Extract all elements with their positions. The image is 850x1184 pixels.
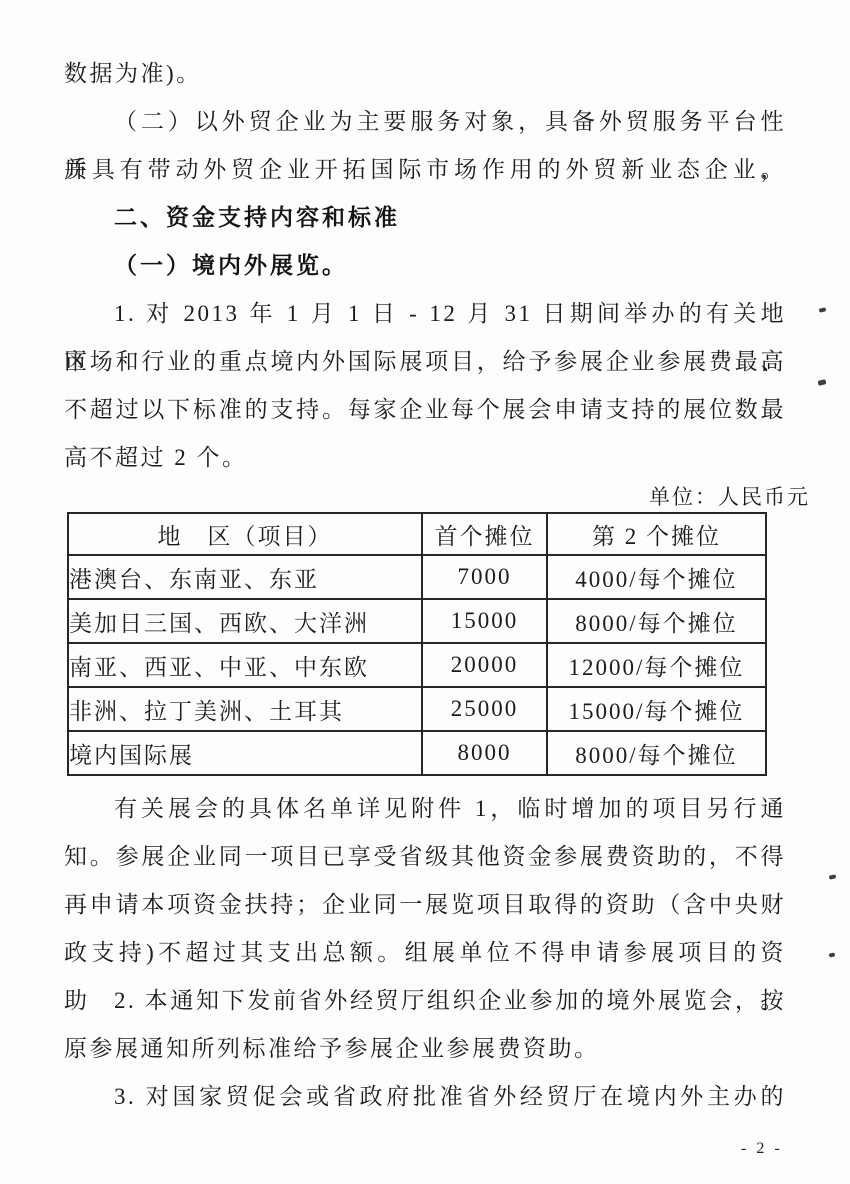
table-header-first-booth: 首个摊位: [422, 513, 547, 555]
cell-region: 境内国际展: [68, 731, 422, 775]
para-exhibition-list-4: 政支持)不超过其支出总额。组展单位不得申请参展项目的资助。: [64, 929, 786, 977]
cell-second-booth: 8000/每个摊位: [547, 731, 766, 775]
para-ccpit-1: 3. 对国家贸促会或省政府批准省外经贸厅在境内外主办的: [64, 1073, 786, 1121]
table-row: 境内国际展 8000 8000/每个摊位: [68, 731, 766, 775]
table-unit-note: 单位：人民币元: [64, 482, 810, 512]
heading-exhibitions: （一）境内外展览。: [64, 242, 786, 290]
para-service-enterprises-1: （二）以外贸企业为主要服务对象，具备外贸服务平台性质，: [64, 98, 786, 146]
para-scope-continuation: 数据为准)。: [64, 50, 786, 98]
para-exhibition-list-1: 有关展会的具体名单详见附件 1，临时增加的项目另行通: [64, 785, 786, 833]
table-row: 非洲、拉丁美洲、土耳其 25000 15000/每个摊位: [68, 687, 766, 731]
para-prior-notice-1: 2. 本通知下发前省外经贸厅组织企业参加的境外展览会，按: [64, 977, 786, 1025]
cell-region: 非洲、拉丁美洲、土耳其: [68, 687, 422, 731]
document-page: 数据为准)。 （二）以外贸企业为主要服务对象，具备外贸服务平台性质， 并具有带动…: [0, 0, 850, 1184]
page-number: - 2 -: [741, 1140, 783, 1158]
para-exhibition-support-2: 市场和行业的重点境内外国际展项目，给予参展企业参展费最高: [64, 338, 786, 386]
cell-first-booth: 8000: [422, 731, 547, 775]
table-header-row: 地 区（项目） 首个摊位 第 2 个摊位: [68, 513, 766, 555]
table-row: 南亚、西亚、中亚、中东欧 20000 12000/每个摊位: [68, 643, 766, 687]
para-exhibition-support-3: 不超过以下标准的支持。每家企业每个展会申请支持的展位数最: [64, 386, 786, 434]
para-exhibition-list-3: 再申请本项资金扶持；企业同一展览项目取得的资助（含中央财: [64, 881, 786, 929]
heading-section-funding: 二、资金支持内容和标准: [64, 194, 786, 242]
table-header-region: 地 区（项目）: [68, 513, 422, 555]
cell-region: 南亚、西亚、中亚、中东欧: [68, 643, 422, 687]
subsidy-table: 地 区（项目） 首个摊位 第 2 个摊位 港澳台、东南亚、东亚 7000 400…: [67, 512, 767, 776]
cell-first-booth: 15000: [422, 599, 547, 643]
cell-second-booth: 12000/每个摊位: [547, 643, 766, 687]
table-row: 美加日三国、西欧、大洋洲 15000 8000/每个摊位: [68, 599, 766, 643]
cell-second-booth: 15000/每个摊位: [547, 687, 766, 731]
cell-second-booth: 8000/每个摊位: [547, 599, 766, 643]
para-service-enterprises-2: 并具有带动外贸企业开拓国际市场作用的外贸新业态企业。: [64, 146, 786, 194]
para-prior-notice-2: 原参展通知所列标准给予参展企业参展费资助。: [64, 1025, 786, 1073]
document-body: 数据为准)。 （二）以外贸企业为主要服务对象，具备外贸服务平台性质， 并具有带动…: [0, 0, 850, 1121]
cell-region: 美加日三国、西欧、大洋洲: [68, 599, 422, 643]
para-exhibition-support-1: 1. 对 2013 年 1 月 1 日 - 12 月 31 日期间举办的有关地区…: [64, 290, 786, 338]
cell-first-booth: 7000: [422, 555, 547, 599]
para-exhibition-list-2: 知。参展企业同一项目已享受省级其他资金参展费资助的，不得: [64, 833, 786, 881]
para-exhibition-support-4: 高不超过 2 个。: [64, 434, 786, 482]
table-row: 港澳台、东南亚、东亚 7000 4000/每个摊位: [68, 555, 766, 599]
table-header-second-booth: 第 2 个摊位: [547, 513, 766, 555]
cell-first-booth: 25000: [422, 687, 547, 731]
cell-region: 港澳台、东南亚、东亚: [68, 555, 422, 599]
cell-first-booth: 20000: [422, 643, 547, 687]
cell-second-booth: 4000/每个摊位: [547, 555, 766, 599]
